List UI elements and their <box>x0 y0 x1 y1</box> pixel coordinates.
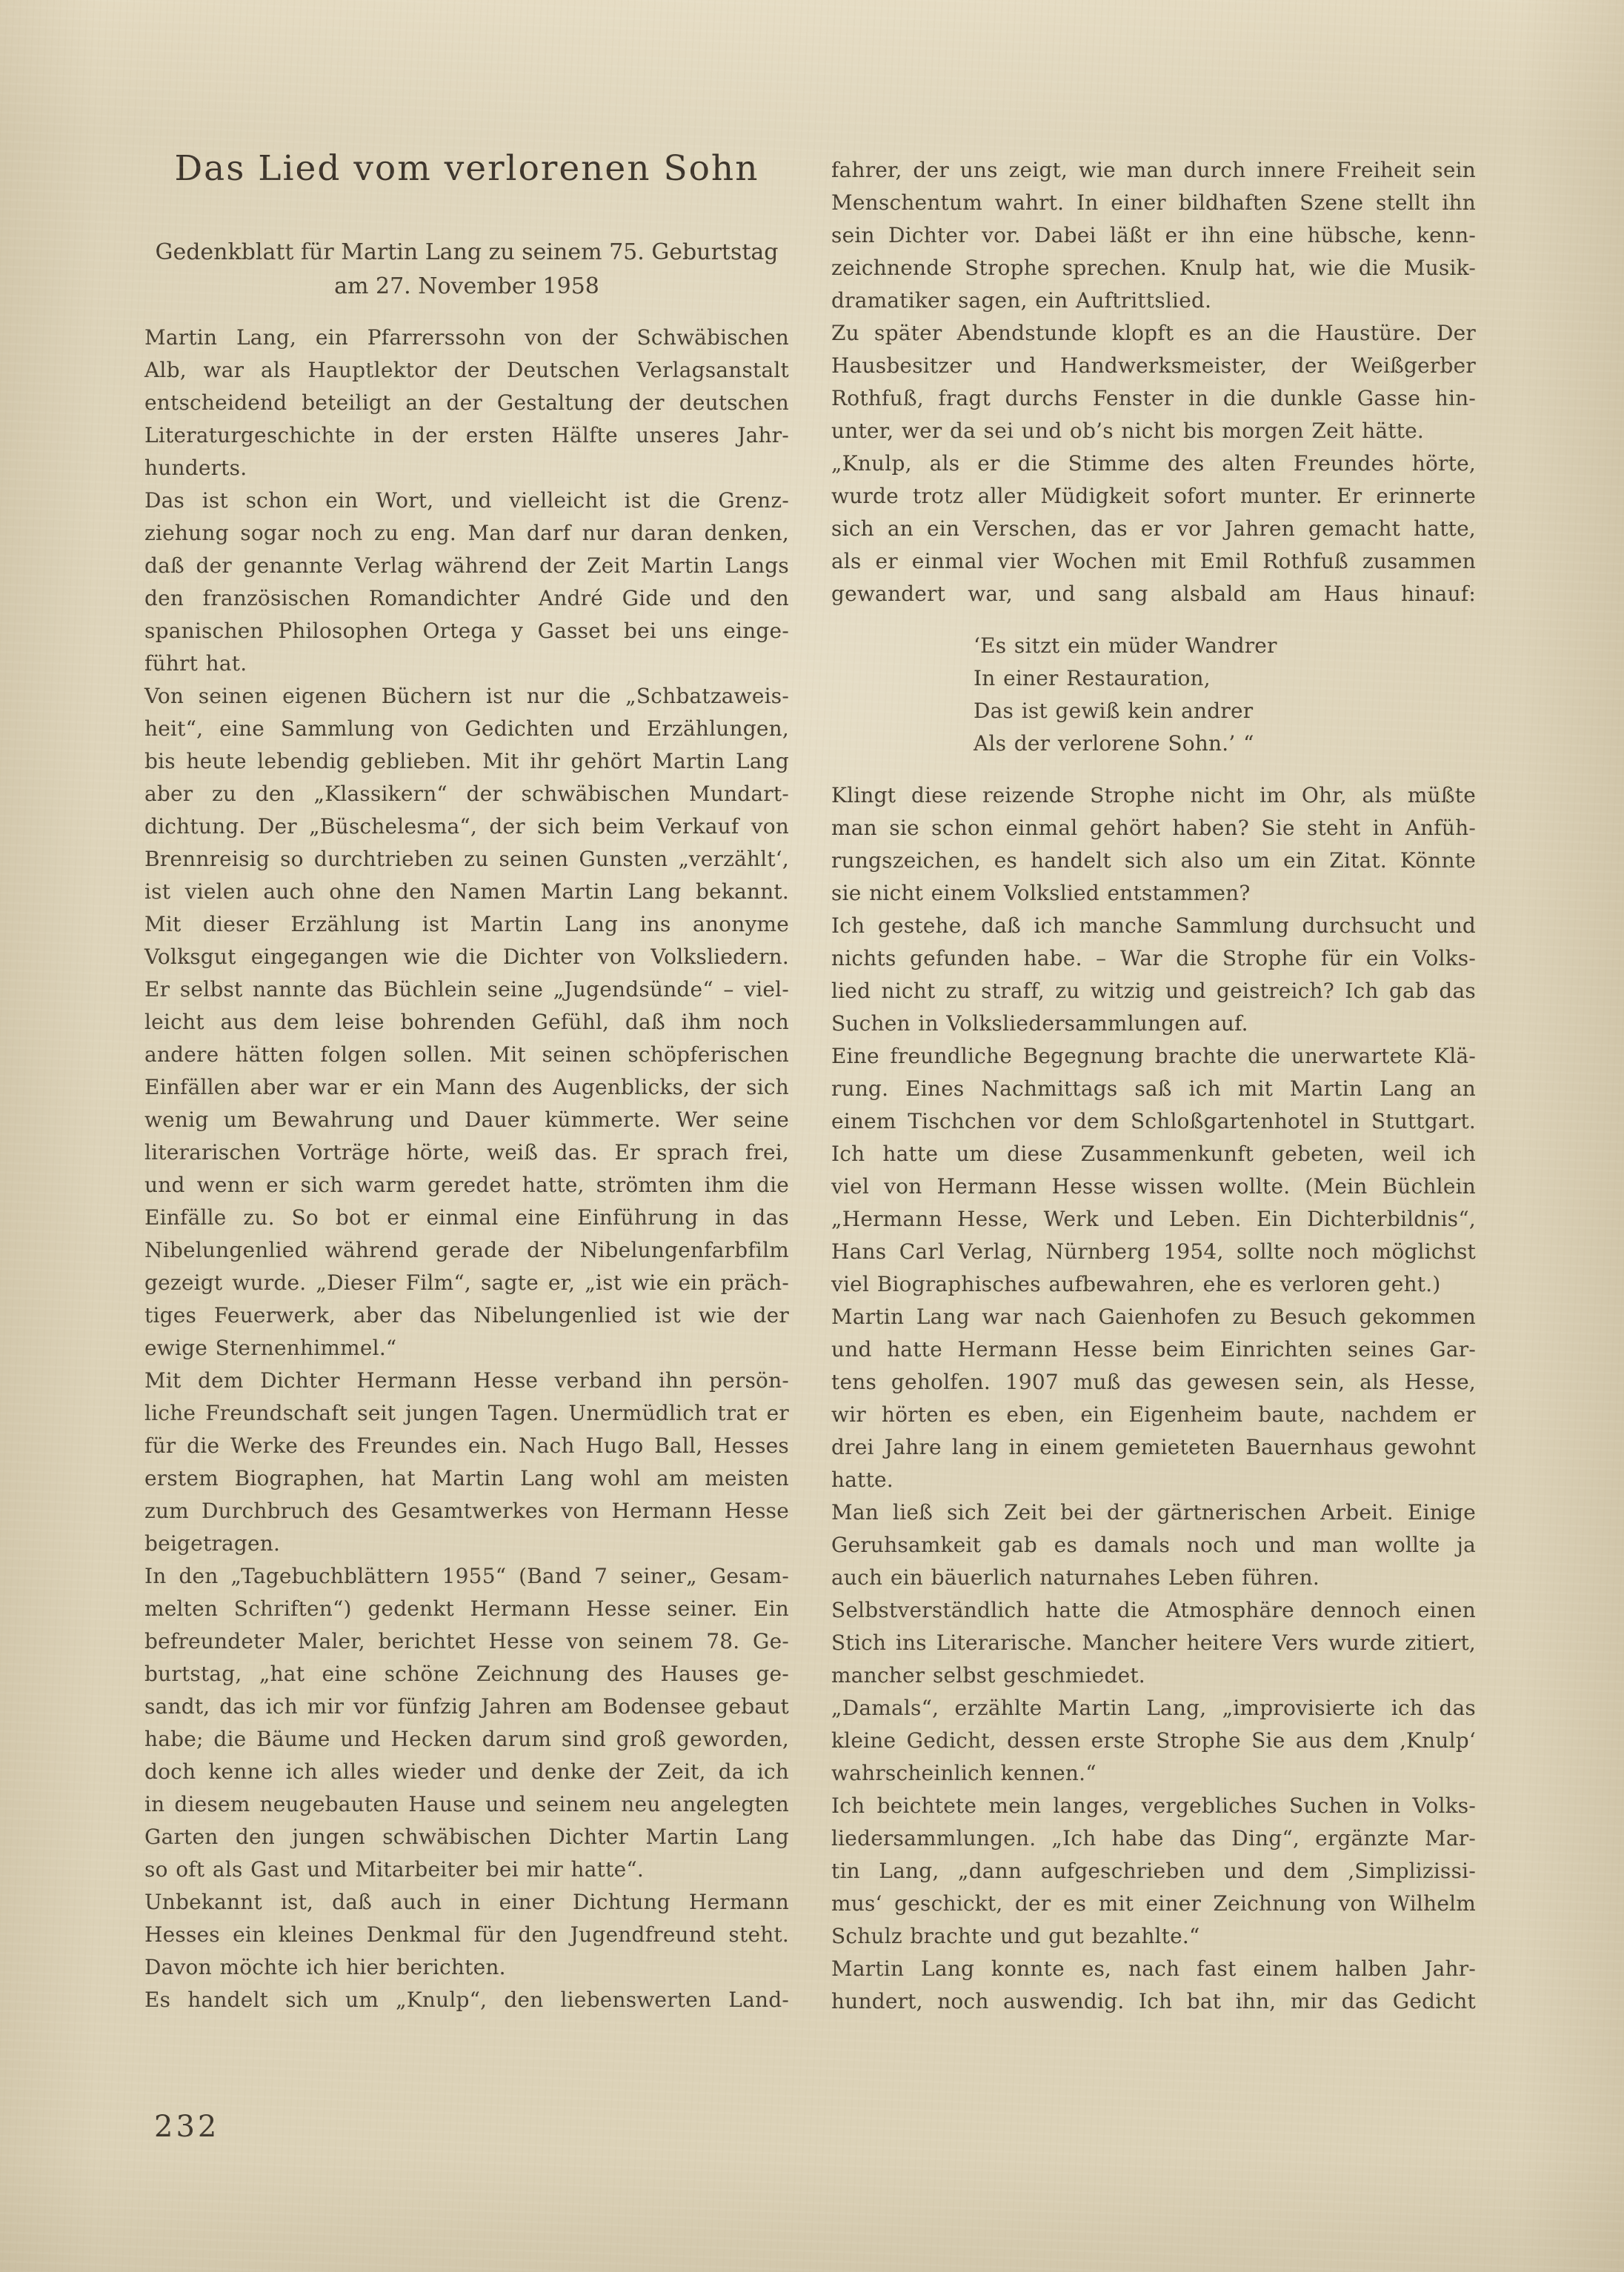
text-line: Unbekannt ist, daß auch in einer Dichtun… <box>144 1886 789 1919</box>
text-line: Ich gestehe, daß ich manche Sammlung dur… <box>831 910 1476 942</box>
text-line: sandt, das ich mir vor fünfzig Jahren am… <box>144 1690 789 1723</box>
text-line: fahrer, der uns zeigt, wie man durch inn… <box>831 154 1476 187</box>
text-line: „Knulp, als er die Stimme des alten Freu… <box>831 447 1476 480</box>
text-line: unter, wer da sei und ob’s nicht bis mor… <box>831 415 1476 447</box>
text-line: befreundeter Maler, berichtet Hesse von … <box>144 1625 789 1658</box>
text-line: als er einmal vier Wochen mit Emil Rothf… <box>831 545 1476 578</box>
paragraph: Ich gestehe, daß ich manche Sammlung dur… <box>831 910 1476 1040</box>
text-line: dramatiker sagen, ein Auftrittslied. <box>831 284 1476 317</box>
text-line: wahrscheinlich kennen.“ <box>831 1757 1476 1790</box>
paragraph: „Damals“, erzählte Martin Lang, „improvi… <box>831 1692 1476 1790</box>
text-line: zeichnende Strophe sprechen. Knulp hat, … <box>831 252 1476 284</box>
text-line: Volksgut eingegangen wie die Dichter von… <box>144 941 789 973</box>
text-line: Ich hatte um diese Zusammenkunft gebeten… <box>831 1138 1476 1170</box>
text-line: Hans Carl Verlag, Nürnberg 1954, sollte … <box>831 1236 1476 1268</box>
text-line: „Damals“, erzählte Martin Lang, „improvi… <box>831 1692 1476 1725</box>
subtitle-line-1: Gedenkblatt für Martin Lang zu seinem 75… <box>122 236 811 270</box>
text-line: tens geholfen. 1907 muß das gewesen sein… <box>831 1366 1476 1399</box>
text-line: lied nicht zu straff, zu witzig und geis… <box>831 975 1476 1007</box>
text-line: andere hätten folgen sollen. Mit seinen … <box>144 1039 789 1071</box>
text-line: wenig um Bewahrung und Dauer kümmerte. W… <box>144 1104 789 1136</box>
poem-line: ‘Es sitzt ein müder Wandrer <box>974 630 1476 662</box>
text-line: Martin Lang war nach Gaienhofen zu Besuc… <box>831 1301 1476 1333</box>
text-line: entscheidend beteiligt an der Gestaltung… <box>144 387 789 419</box>
text-line: gezeigt wurde. „Dieser Film“, sagte er, … <box>144 1267 789 1299</box>
paragraph: Es handelt sich um „Knulp“, den liebensw… <box>144 1984 789 2016</box>
text-line: in diesem neugebauten Hause und seinem n… <box>144 1788 789 1821</box>
text-line: liche Freundschaft seit jungen Tagen. Un… <box>144 1397 789 1430</box>
text-line: Ich beichtete mein langes, vergebliches … <box>831 1790 1476 1822</box>
text-line: tiges Feuerwerk, aber das Nibelungenlied… <box>144 1299 789 1332</box>
text-line: führt hat. <box>144 647 789 680</box>
text-line: Garten den jungen schwäbischen Dichter M… <box>144 1821 789 1853</box>
subtitle-line-2: am 27. November 1958 <box>122 270 811 304</box>
text-line: Geruhsamkeit gab es damals noch und man … <box>831 1529 1476 1562</box>
book-page-scan: Das Lied vom verlorenen Sohn Gedenkblatt… <box>0 0 1624 2272</box>
poem-stanza: ‘Es sitzt ein müder WandrerIn einer Rest… <box>974 630 1476 760</box>
text-line: drei Jahre lang in einem gemieteten Baue… <box>831 1431 1476 1464</box>
page-title: Das Lied vom verlorenen Sohn <box>144 147 789 191</box>
text-line: Mit dem Dichter Hermann Hesse verband ih… <box>144 1365 789 1397</box>
text-line: viel von Hermann Hesse wissen wollte. (M… <box>831 1170 1476 1203</box>
paragraph: Selbstverständlich hatte die Atmosphäre … <box>831 1594 1476 1692</box>
subtitle: Gedenkblatt für Martin Lang zu seinem 75… <box>122 236 811 304</box>
text-line: sie nicht einem Volkslied entstammen? <box>831 877 1476 910</box>
text-line: mus‘ geschickt, der es mit einer Zeichnu… <box>831 1888 1476 1920</box>
text-line: Eine freundliche Begegnung brachte die u… <box>831 1040 1476 1073</box>
poem-line: Das ist gewiß kein andrer <box>974 695 1476 727</box>
text-line: Klingt diese reizende Strophe nicht im O… <box>831 779 1476 812</box>
text-line: habe; die Bäume und Hecken darum sind gr… <box>144 1723 789 1756</box>
paragraph: Eine freundliche Begegnung brachte die u… <box>831 1040 1476 1301</box>
text-line: „Hermann Hesse, Werk und Leben. Ein Dich… <box>831 1203 1476 1236</box>
text-line: burtstag, „hat eine schöne Zeichnung des… <box>144 1658 789 1690</box>
text-line: wir hörten es eben, ein Eigenheim baute,… <box>831 1399 1476 1431</box>
text-line: Suchen in Volksliedersammlungen auf. <box>831 1007 1476 1040</box>
text-line: hatte. <box>831 1464 1476 1496</box>
text-line: Mit dieser Erzählung ist Martin Lang ins… <box>144 908 789 941</box>
text-line: heit“, eine Sammlung von Gedichten und E… <box>144 713 789 745</box>
text-line: melten Schriften“) gedenkt Hermann Hesse… <box>144 1593 789 1625</box>
text-line: und wenn er sich warm geredet hatte, str… <box>144 1169 789 1202</box>
text-line: spanischen Philosophen Ortega y Gasset b… <box>144 615 789 647</box>
text-line: beigetragen. <box>144 1528 789 1560</box>
text-line: wurde trotz aller Müdigkeit sofort munte… <box>831 480 1476 513</box>
paragraph: Martin Lang konnte es, nach fast einem h… <box>831 1953 1476 2018</box>
text-line: tin Lang, „dann aufgeschrieben und dem ‚… <box>831 1855 1476 1888</box>
text-line: erstem Biographen, hat Martin Lang wohl … <box>144 1462 789 1495</box>
paragraph: Klingt diese reizende Strophe nicht im O… <box>831 779 1476 910</box>
text-line: kleine Gedicht, dessen erste Strophe Sie… <box>831 1725 1476 1757</box>
text-line: Einfälle zu. So bot er einmal eine Einfü… <box>144 1202 789 1234</box>
text-line: Alb, war als Hauptlektor der Deutschen V… <box>144 354 789 387</box>
text-line: Menschentum wahrt. In einer bildhaften S… <box>831 187 1476 219</box>
text-line: In den „Tagebuchblättern 1955“ (Band 7 s… <box>144 1560 789 1593</box>
text-line: ziehung sogar noch zu eng. Man darf nur … <box>144 517 789 550</box>
paragraph: Mit dem Dichter Hermann Hesse verband ih… <box>144 1365 789 1560</box>
text-line: literarischen Vorträge hörte, weiß das. … <box>144 1136 789 1169</box>
paragraph: Martin Lang war nach Gaienhofen zu Besuc… <box>831 1301 1476 1496</box>
text-line: Von seinen eigenen Büchern ist nur die „… <box>144 680 789 713</box>
text-line: den französischen Romandichter André Gid… <box>144 582 789 615</box>
text-line: Zu später Abendstunde klopft es an die H… <box>831 317 1476 350</box>
text-line: Martin Lang konnte es, nach fast einem h… <box>831 1953 1476 1985</box>
text-line: liedersammlungen. „Ich habe das Ding“, e… <box>831 1822 1476 1855</box>
text-line: Es handelt sich um „Knulp“, den liebensw… <box>144 1984 789 2016</box>
text-line: Hesses ein kleines Denkmal für den Jugen… <box>144 1919 789 1951</box>
paragraph: Ich beichtete mein langes, vergebliches … <box>831 1790 1476 1953</box>
text-line: mancher selbst geschmiedet. <box>831 1659 1476 1692</box>
text-line: einem Tischchen vor dem Schloßgartenhote… <box>831 1105 1476 1138</box>
text-line: und hatte Hermann Hesse beim Einrichten … <box>831 1333 1476 1366</box>
text-line: auch ein bäuerlich naturnahes Leben führ… <box>831 1562 1476 1594</box>
text-line: Hausbesitzer und Handwerksmeister, der W… <box>831 350 1476 382</box>
right-column: fahrer, der uns zeigt, wie man durch inn… <box>831 154 1476 2018</box>
text-line: Schulz brachte und gut bezahlte.“ <box>831 1920 1476 1953</box>
poem-line: Als der verlorene Sohn.’ “ <box>974 727 1476 760</box>
text-line: bis heute lebendig geblieben. Mit ihr ge… <box>144 745 789 778</box>
text-line: aber zu den „Klassikern“ der schwäbische… <box>144 778 789 810</box>
text-line: sich an ein Verschen, das er vor Jahren … <box>831 513 1476 545</box>
text-line: ist vielen auch ohne den Namen Martin La… <box>144 876 789 908</box>
text-line: hundert, noch auswendig. Ich bat ihn, mi… <box>831 1985 1476 2018</box>
text-line: ewige Sternenhimmel.“ <box>144 1332 789 1365</box>
paragraph: „Knulp, als er die Stimme des alten Freu… <box>831 447 1476 610</box>
text-line: Martin Lang, ein Pfarrerssohn von der Sc… <box>144 322 789 354</box>
text-line: dichtung. Der „Büschelesma“, der sich be… <box>144 810 789 843</box>
paragraph: Zu später Abendstunde klopft es an die H… <box>831 317 1476 447</box>
text-line: Rothfuß, fragt durchs Fenster in die dun… <box>831 382 1476 415</box>
text-line: Einfällen aber war er ein Mann des Augen… <box>144 1071 789 1104</box>
text-line: so oft als Gast und Mitarbeiter bei mir … <box>144 1853 789 1886</box>
paragraph: In den „Tagebuchblättern 1955“ (Band 7 s… <box>144 1560 789 1886</box>
text-line: doch kenne ich alles wieder und denke de… <box>144 1756 789 1788</box>
text-line: Literaturgeschichte in der ersten Hälfte… <box>144 419 789 452</box>
text-line: Er selbst nannte das Büchlein seine „Jug… <box>144 973 789 1006</box>
page-number: 232 <box>154 2110 219 2144</box>
paragraph: Man ließ sich Zeit bei der gärtnerischen… <box>831 1496 1476 1594</box>
poem-line: In einer Restauration, <box>974 662 1476 695</box>
text-line: rungszeichen, es handelt sich also um ei… <box>831 844 1476 877</box>
text-line: gewandert war, und sang alsbald am Haus … <box>831 578 1476 610</box>
text-line: Selbstverständlich hatte die Atmosphäre … <box>831 1594 1476 1627</box>
text-line: zum Durchbruch des Gesamtwerkes von Herm… <box>144 1495 789 1528</box>
paragraph: Unbekannt ist, daß auch in einer Dichtun… <box>144 1886 789 1984</box>
left-column: Martin Lang, ein Pfarrerssohn von der Sc… <box>144 322 789 2016</box>
text-line: für die Werke des Freundes ein. Nach Hug… <box>144 1430 789 1462</box>
text-line: Stich ins Literarische. Mancher heitere … <box>831 1627 1476 1659</box>
text-line: Davon möchte ich hier berichten. <box>144 1951 789 1984</box>
paragraph: Das ist schon ein Wort, und vielleicht i… <box>144 484 789 680</box>
text-line: nichts gefunden habe. – War die Strophe … <box>831 942 1476 975</box>
text-line: leicht aus dem leise bohrenden Gefühl, d… <box>144 1006 789 1039</box>
paragraph: Von seinen eigenen Büchern ist nur die „… <box>144 680 789 1365</box>
text-line: daß der genannte Verlag während der Zeit… <box>144 550 789 582</box>
text-line: Nibelungenlied während gerade der Nibelu… <box>144 1234 789 1267</box>
text-line: rung. Eines Nachmittags saß ich mit Mart… <box>831 1073 1476 1105</box>
paragraph: Martin Lang, ein Pfarrerssohn von der Sc… <box>144 322 789 484</box>
text-line: hunderts. <box>144 452 789 484</box>
text-line: Man ließ sich Zeit bei der gärtnerischen… <box>831 1496 1476 1529</box>
text-line: sein Dichter vor. Dabei läßt er ihn eine… <box>831 219 1476 252</box>
text-line: viel Biographisches aufbewahren, ehe es … <box>831 1268 1476 1301</box>
text-line: Das ist schon ein Wort, und vielleicht i… <box>144 484 789 517</box>
paragraph: fahrer, der uns zeigt, wie man durch inn… <box>831 154 1476 317</box>
text-line: Brennreisig so durchtrieben zu seinen Gu… <box>144 843 789 876</box>
text-line: man sie schon einmal gehört haben? Sie s… <box>831 812 1476 844</box>
